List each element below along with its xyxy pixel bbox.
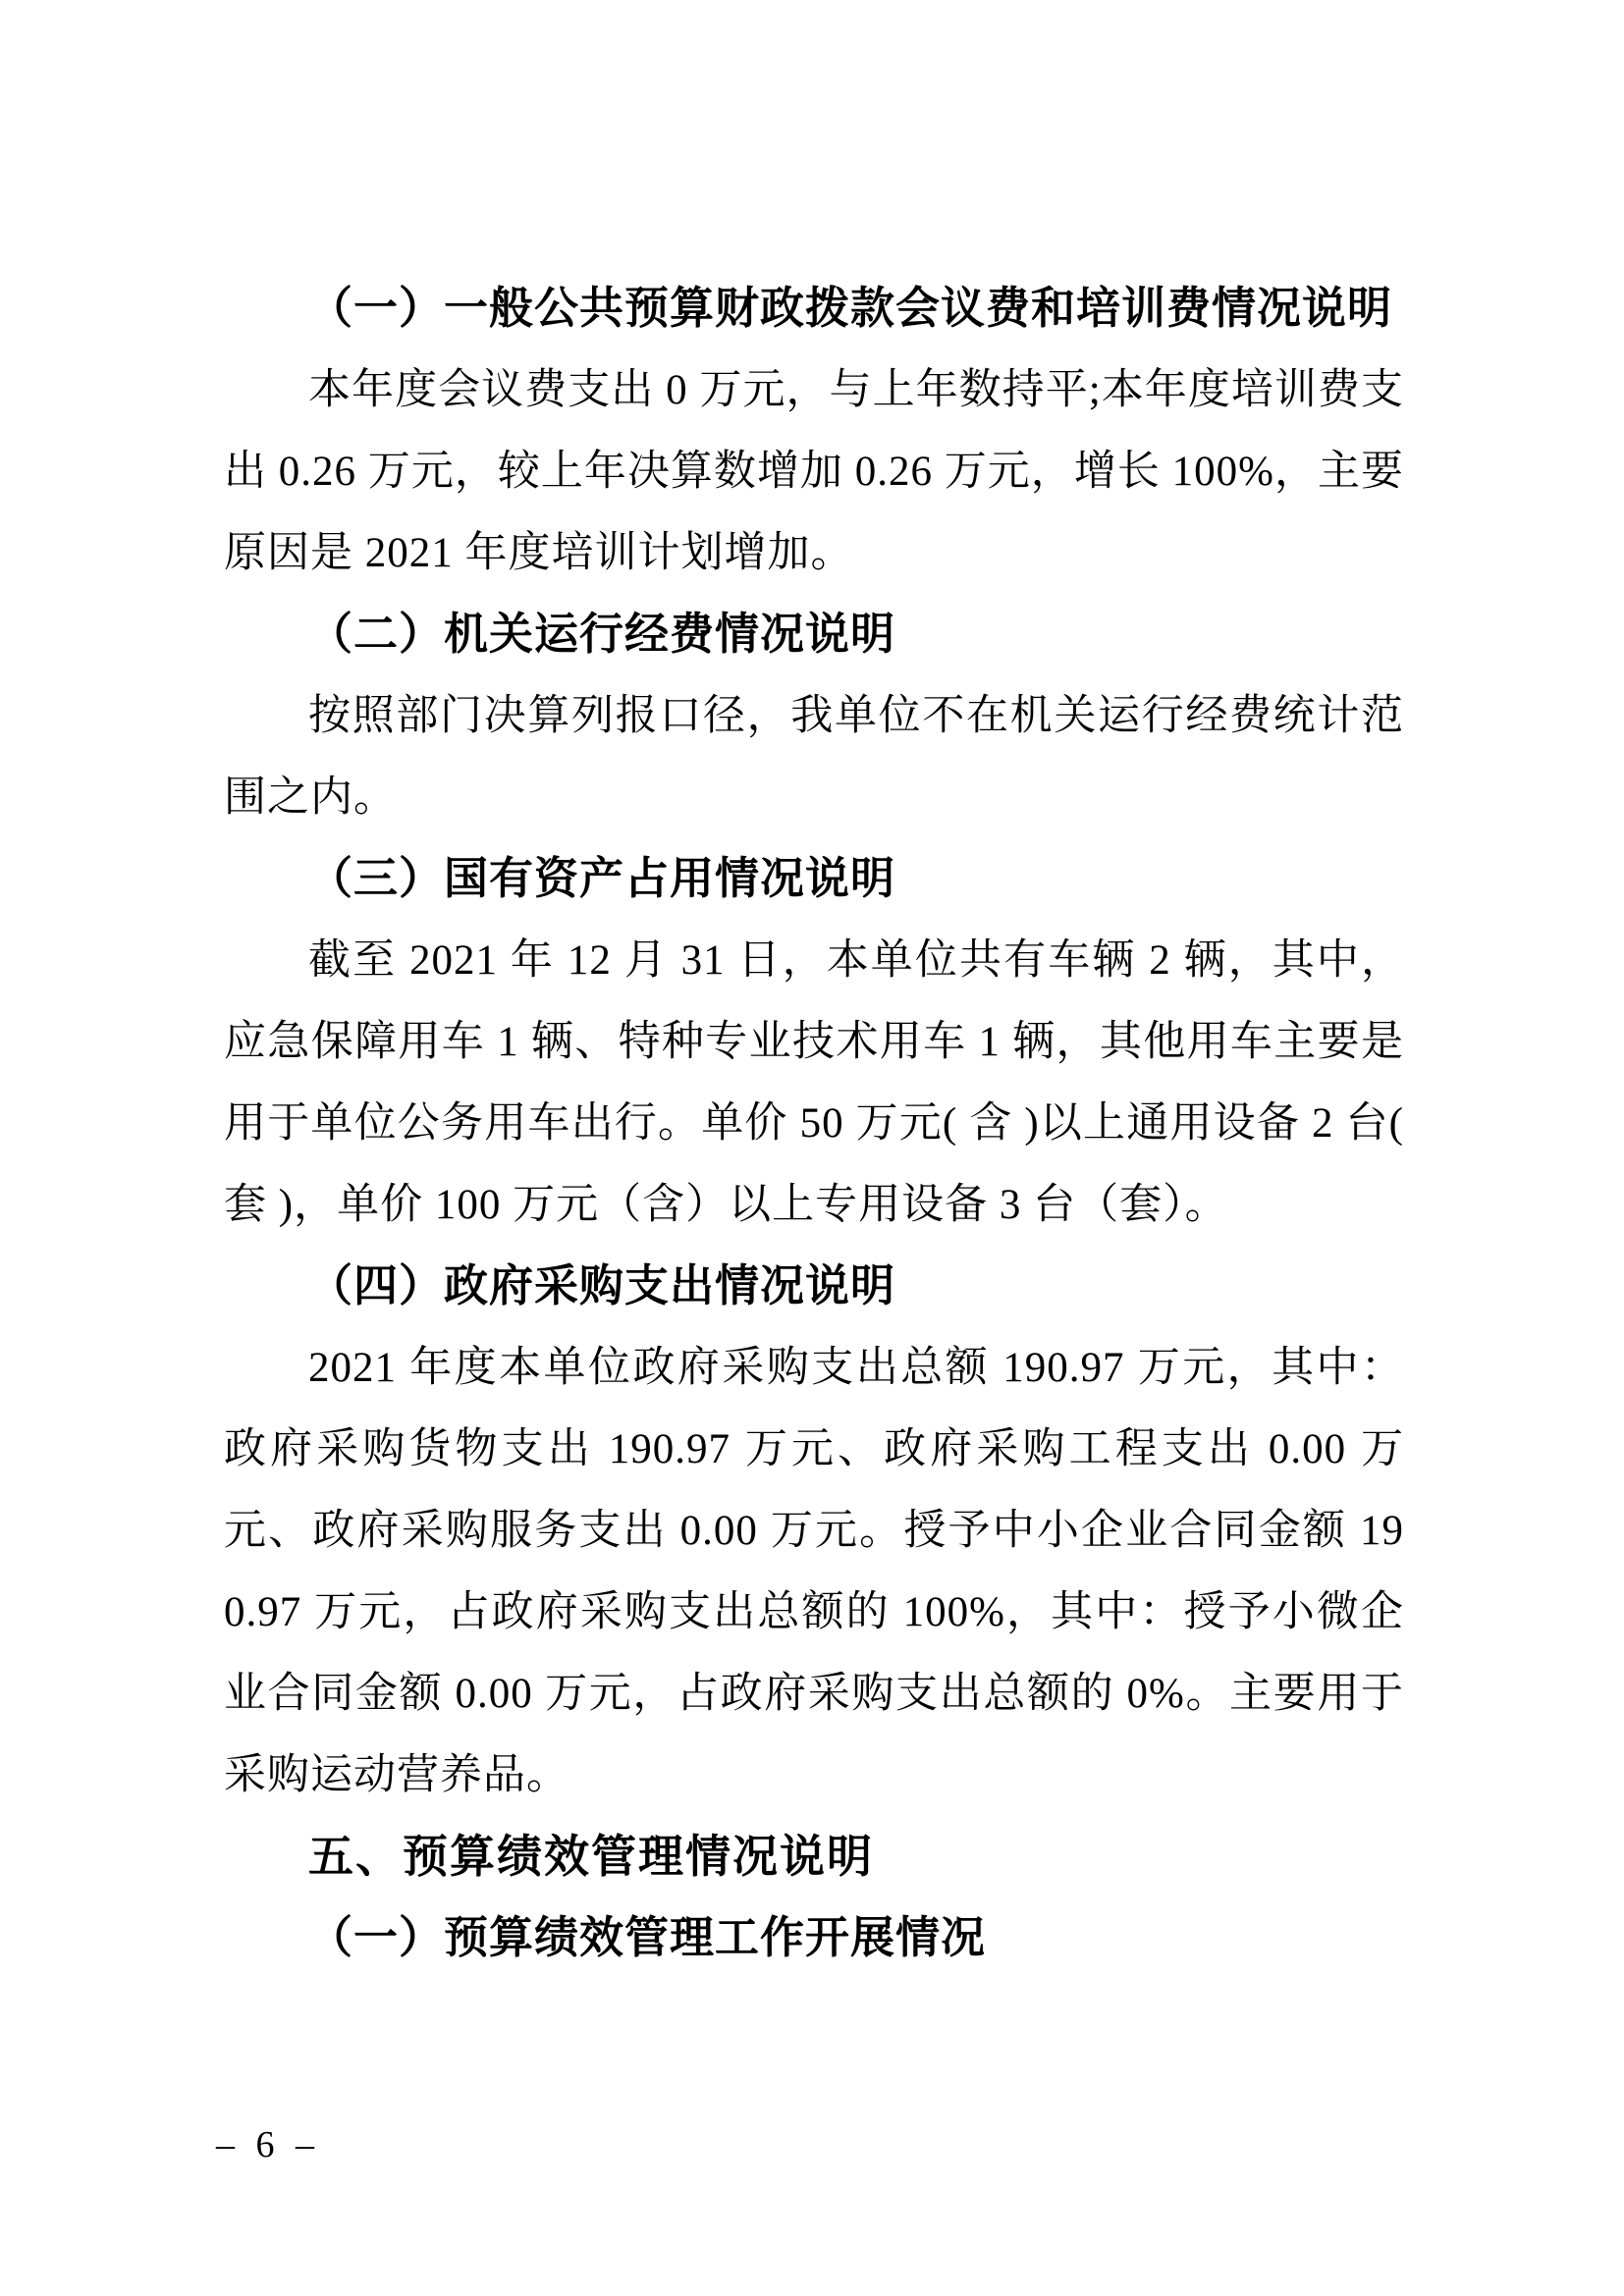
section-heading-state-assets: （三）国有资产占用情况说明 [224, 838, 1404, 920]
page-footer: – 6 – [216, 2123, 316, 2166]
paragraph-agency-operating-funds: 按照部门决算列报口径，我单位不在机关运行经费统计范围之内。 [224, 675, 1404, 838]
section-heading-government-procurement: （四）政府采购支出情况说明 [224, 1246, 1404, 1327]
document-page: （一）一般公共预算财政拨款会议费和培训费情况说明 本年度会议费支出 0 万元，与… [0, 0, 1624, 2296]
section-heading-meeting-training-fees: （一）一般公共预算财政拨款会议费和培训费情况说明 [224, 268, 1404, 349]
paragraph-meeting-training-fees: 本年度会议费支出 0 万元，与上年数持平;本年度培训费支出 0.26 万元，较上… [224, 349, 1404, 594]
document-body: （一）一般公共预算财政拨款会议费和培训费情况说明 本年度会议费支出 0 万元，与… [224, 268, 1404, 1979]
paragraph-state-assets: 截至 2021 年 12 月 31 日，本单位共有车辆 2 辆，其中，应急保障用… [224, 920, 1404, 1246]
section-heading-budget-performance-work: （一）预算绩效管理工作开展情况 [224, 1897, 1404, 1979]
page-number: – 6 – [216, 2124, 316, 2165]
paragraph-government-procurement: 2021 年度本单位政府采购支出总额 190.97 万元，其中：政府采购货物支出… [224, 1327, 1404, 1816]
section-heading-agency-operating-funds: （二）机关运行经费情况说明 [224, 594, 1404, 675]
chapter-heading-budget-performance: 五、预算绩效管理情况说明 [224, 1816, 1404, 1897]
